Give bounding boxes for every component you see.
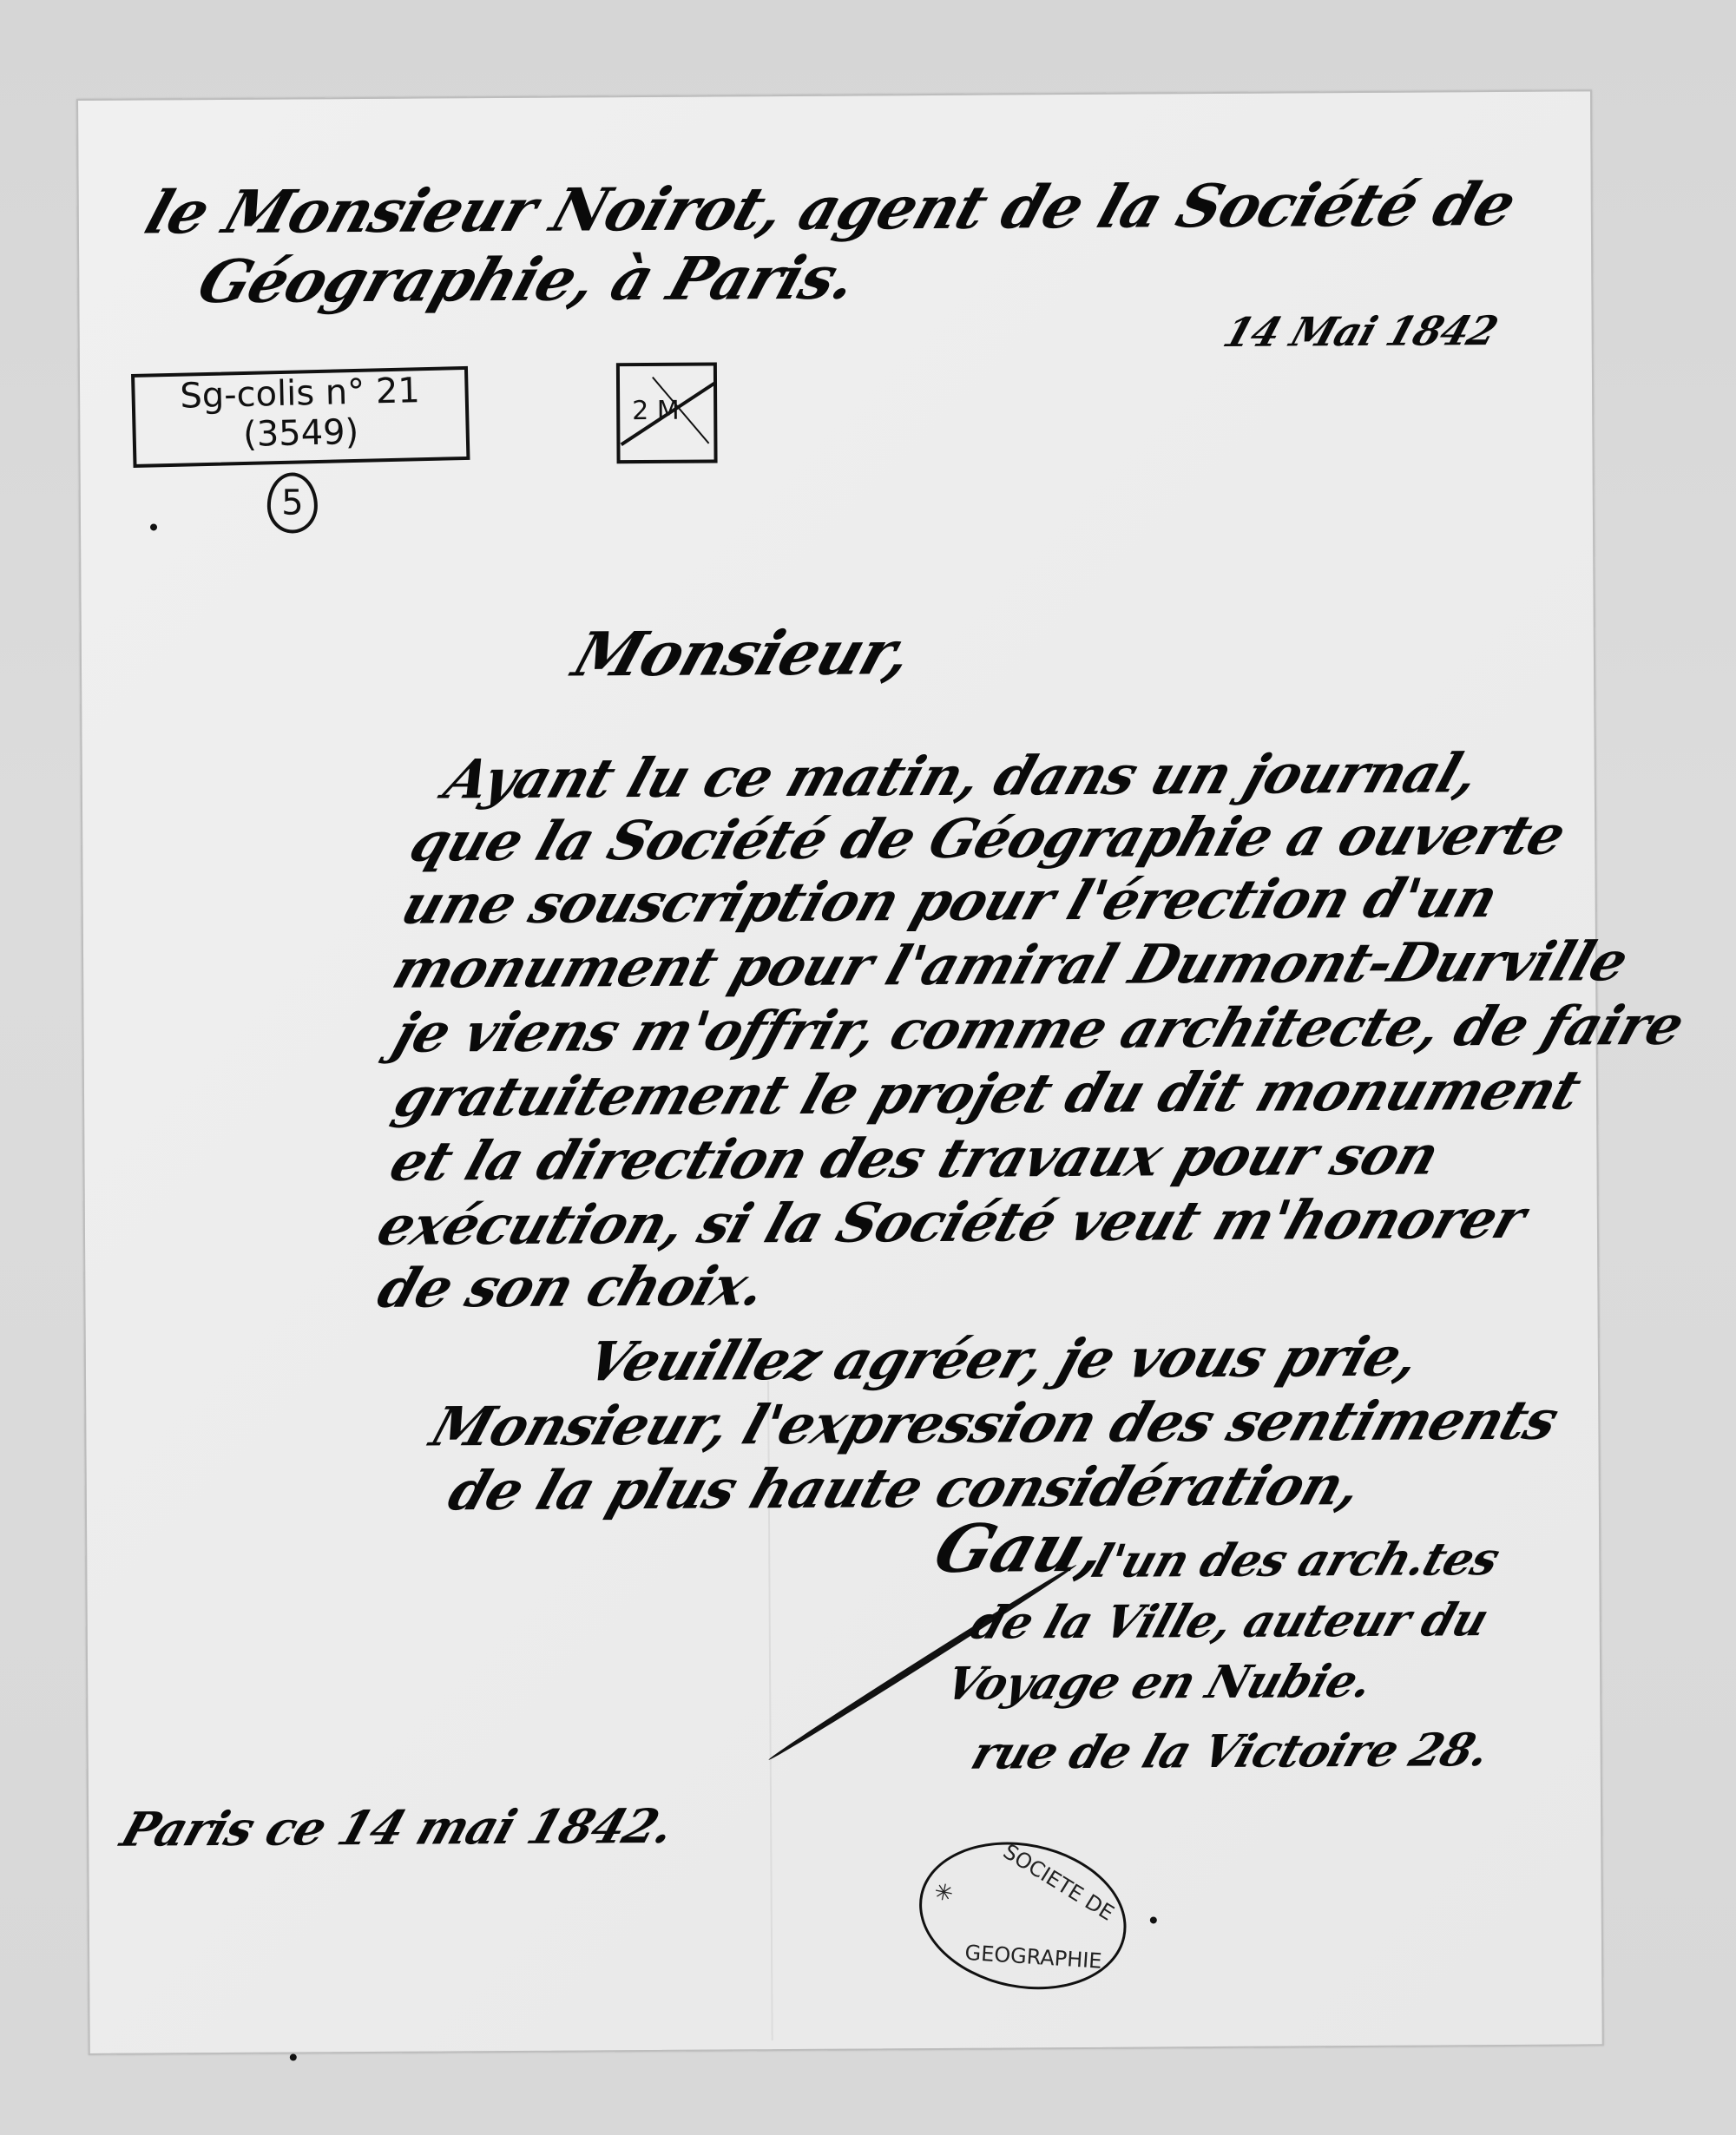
body-line: que la Société de Géographie a ouverte bbox=[403, 803, 1573, 873]
closing-line: Monsieur, l'expression des sentiments bbox=[424, 1389, 1566, 1459]
body-line: de son choix. bbox=[371, 1254, 773, 1320]
body-line: et la direction des travaux pour son bbox=[383, 1123, 1446, 1192]
salutation: Monsieur, bbox=[565, 616, 921, 691]
archive-label-colis: Sg-colis n° 21 (3549) bbox=[131, 366, 470, 468]
crossed-out-box: 2 M bbox=[616, 362, 718, 463]
body-line: exécution, si la Société veut m'honorer bbox=[370, 1187, 1533, 1258]
ink-dot bbox=[1150, 1916, 1157, 1923]
body-line: une souscription pour l'érection d'un bbox=[394, 866, 1505, 936]
star-icon: ✳ bbox=[931, 1879, 955, 1908]
signature-title-2: de la Ville, auteur du bbox=[964, 1593, 1495, 1650]
circled-number: 5 bbox=[267, 472, 318, 533]
society-stamp: ✳ SOCIETE DE GEOGRAPHIE bbox=[906, 1824, 1141, 2007]
stamp-bottom-text: GEOGRAPHIE bbox=[964, 1941, 1103, 1974]
closing-line: Veuillez agréer, je vous prie, bbox=[579, 1325, 1427, 1394]
signature-title-1: l'un des arch.tes bbox=[1086, 1533, 1506, 1588]
closing-line: de la plus haute considération, bbox=[441, 1454, 1369, 1523]
ink-dot bbox=[150, 523, 157, 530]
address-line-1: le Monsieur Noirot, agent de la Société … bbox=[137, 170, 1523, 248]
ink-dot bbox=[290, 2053, 297, 2060]
letter-page: le Monsieur Noirot, agent de la Société … bbox=[76, 89, 1604, 2055]
top-date: 14 Mai 1842 bbox=[1218, 307, 1503, 356]
body-line: je viens m'offrir, comme architecte, de … bbox=[386, 994, 1692, 1065]
place-date: Paris ce 14 mai 1842. bbox=[115, 1798, 681, 1857]
address-line-2: Géographie, à Paris. bbox=[190, 243, 865, 317]
signature-address: rue de la Victoire 28. bbox=[965, 1724, 1496, 1780]
stamp-top-text: SOCIETE DE bbox=[999, 1839, 1118, 1926]
colis-number: (3549) bbox=[135, 410, 466, 457]
body-line: monument pour l'amiral Dumont-Durville bbox=[385, 930, 1634, 1001]
signature-name: Gau, bbox=[925, 1509, 1116, 1587]
colis-label: Sg-colis n° 21 bbox=[135, 370, 465, 417]
body-line: Ayant lu ce matin, dans un journal, bbox=[437, 741, 1486, 811]
body-line: gratuitement le projet du dit monument bbox=[386, 1058, 1588, 1128]
signature-title-3: Voyage en Nubie. bbox=[938, 1655, 1378, 1711]
